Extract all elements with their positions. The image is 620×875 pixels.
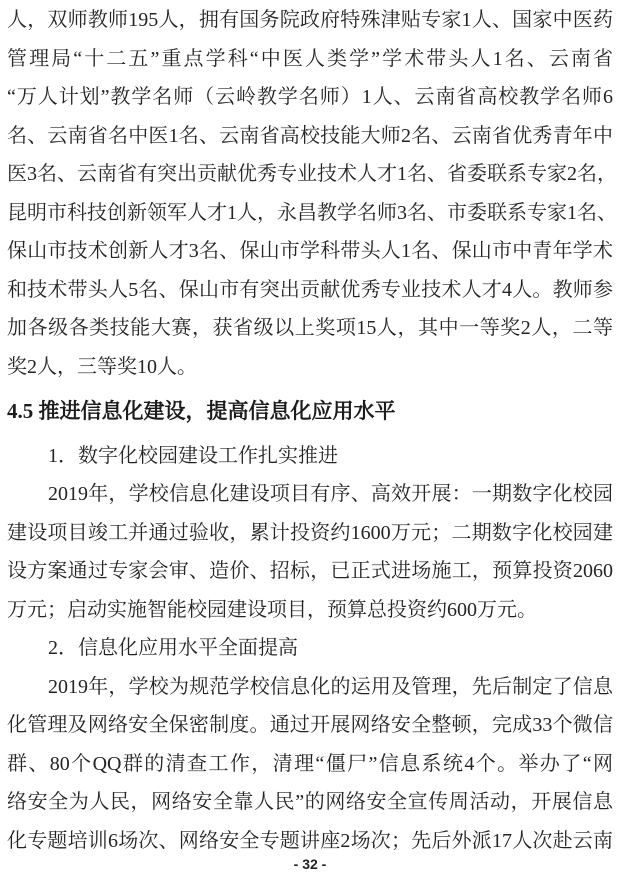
text-line: 加各级各类技能大赛，获省级以上奖项15人，其中一等奖2人，二等	[7, 309, 613, 348]
text-line: 人，双师教师195人，拥有国务院政府特殊津贴专家1人、国家中医药	[7, 1, 613, 40]
text-line: 万元；启动实施智能校园建设项目，预算总投资约600万元。	[7, 591, 613, 630]
text-line: “万人计划”教学名师（云岭教学名师）1人、云南省高校教学名师6	[7, 78, 613, 117]
paragraph-informatization-level: 2019年，学校为规范学校信息化的运用及管理，先后制定了信息 化管理及网络安全保…	[7, 668, 613, 861]
text-line: 保山市技术创新人才3名、保山市学科带头人1名、保山市中青年学术	[7, 232, 613, 271]
subitem-2-title: 2．信息化应用水平全面提高	[7, 629, 613, 668]
text-line: 建设项目竣工并通过验收，累计投资约1600万元；二期数字化校园建	[7, 514, 613, 553]
text-line: 化管理及网络安全保密制度。通过开展网络安全整顿，完成33个微信	[7, 706, 613, 745]
text-line: 设方案通过专家会审、造价、招标，已正式进场施工，预算投资2060	[7, 552, 613, 591]
paragraph-digital-campus: 2019年，学校信息化建设项目有序、高效开展：一期数字化校园 建设项目竣工并通过…	[7, 475, 613, 629]
text-line: 和技术带头人5名、保山市有突出贡献优秀专业技术人才4人。教师参	[7, 271, 613, 310]
text-line: 络安全为人民，网络安全靠人民”的网络安全宣传周活动，开展信息	[7, 783, 613, 822]
text-line: 管理局“十二五”重点学科“中医人类学”学术带头人1名、云南省	[7, 40, 613, 79]
section-heading-4-5: 4.5 推进信息化建设，提高信息化应用水平	[7, 392, 613, 431]
text-line: 名、云南省名中医1名、云南省高校技能大师2名、云南省优秀青年中	[7, 117, 613, 156]
text-line: 2019年，学校为规范学校信息化的运用及管理，先后制定了信息	[7, 668, 613, 707]
text-line: 化专题培训6场次、网络安全专题讲座2场次；先后外派17人次赴云南	[7, 822, 613, 861]
paragraph-teachers-awards: 人，双师教师195人，拥有国务院政府特殊津贴专家1人、国家中医药 管理局“十二五…	[7, 1, 613, 386]
text-line: 奖2人，三等奖10人。	[7, 348, 613, 387]
page-number: - 32 -	[0, 856, 620, 872]
text-line: 群、80个QQ群的清查工作，清理“僵尸”信息系统4个。举办了“网	[7, 745, 613, 784]
text-line: 2019年，学校信息化建设项目有序、高效开展：一期数字化校园	[7, 475, 613, 514]
document-page: 人，双师教师195人，拥有国务院政府特殊津贴专家1人、国家中医药 管理局“十二五…	[0, 0, 620, 875]
text-line: 昆明市科技创新领军人才1人，永昌教学名师3名、市委联系专家1名、	[7, 194, 613, 233]
subitem-1-title: 1．数字化校园建设工作扎实推进	[7, 437, 613, 476]
text-line: 医3名、云南省有突出贡献优秀专业技术人才1名、省委联系专家2名，	[7, 155, 613, 194]
